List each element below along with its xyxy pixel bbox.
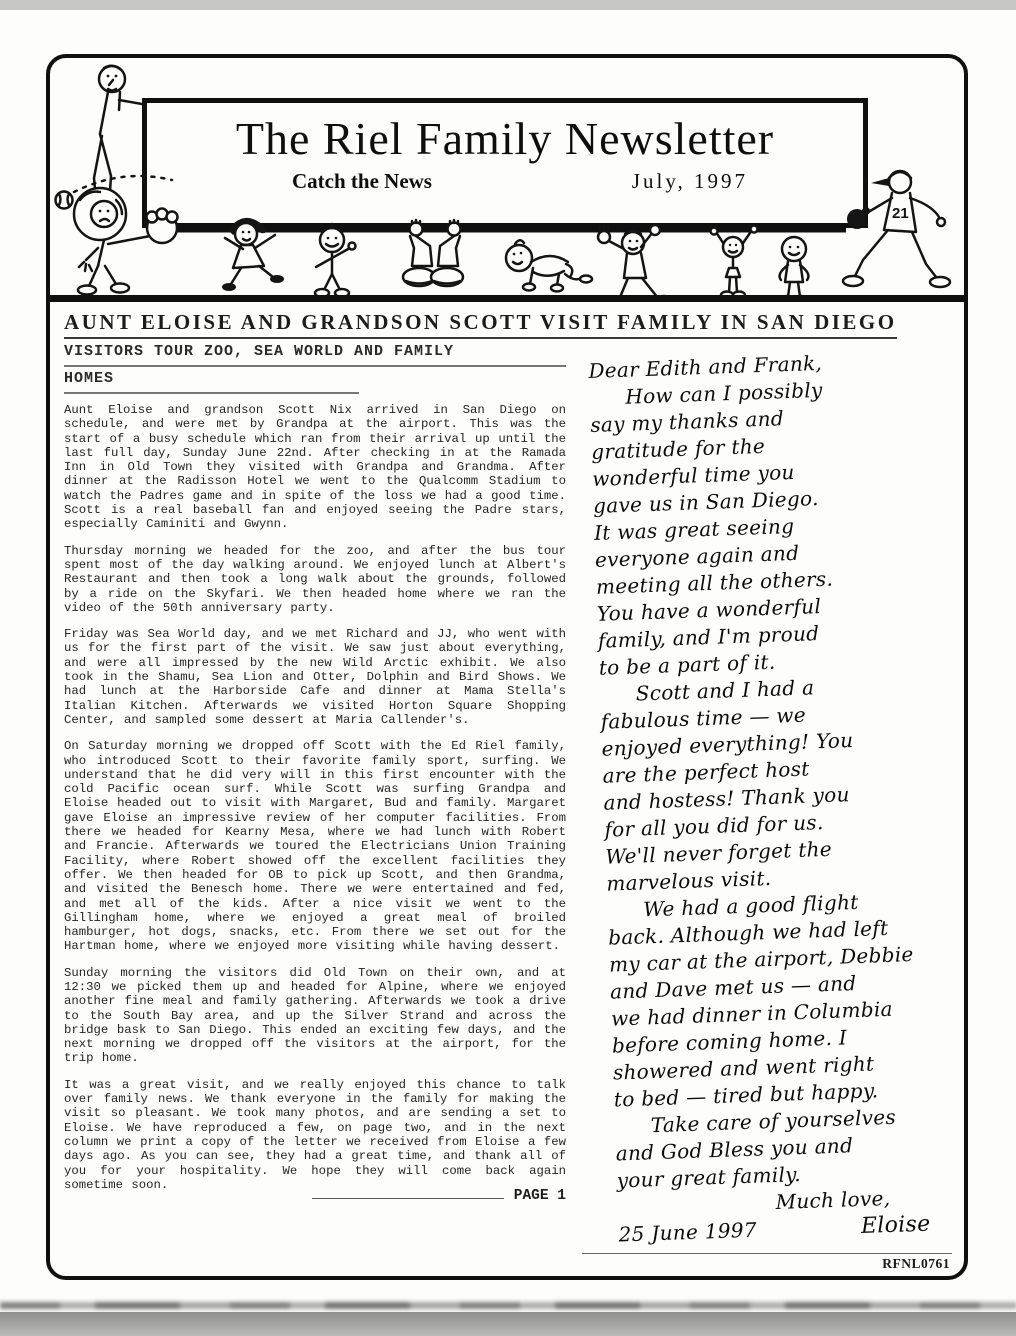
tagline: Catch the News xyxy=(292,169,432,194)
scan-edge-bottom xyxy=(0,1312,1016,1336)
article-paragraph: Thursday morning we headed for the zoo, … xyxy=(64,544,566,615)
article-paragraph: Aunt Eloise and grandson Scott Nix arriv… xyxy=(64,403,566,532)
handwritten-letter: Dear Edith and Frank, How can I possibly… xyxy=(588,345,968,1248)
scanned-newsletter-page: { "masthead": { "title": "The Riel Famil… xyxy=(0,0,1016,1336)
letter-column: Dear Edith and Frank, How can I possibly… xyxy=(582,342,952,1272)
letter-underline xyxy=(582,1253,952,1254)
article-paragraph: On Saturday morning we dropped off Scott… xyxy=(64,739,566,953)
newsletter-frame: The Riel Family Newsletter Catch the New… xyxy=(46,54,968,1280)
letter-date: 25 June 1997 xyxy=(618,1217,757,1249)
leaning-man-icon xyxy=(83,66,142,232)
document-code: RFNL0761 xyxy=(582,1256,952,1272)
scan-smudge-line xyxy=(0,1302,1016,1309)
headline-text: AUNT ELOISE AND GRANDSON SCOTT VISIT FAM… xyxy=(64,310,897,339)
article-paragraph: Friday was Sea World day, and we met Ric… xyxy=(64,627,566,727)
masthead: The Riel Family Newsletter Catch the New… xyxy=(50,58,964,302)
scan-edge-top xyxy=(0,0,1016,10)
title-sub-row: Catch the News July, 1997 xyxy=(147,165,863,194)
crawling-baby-icon xyxy=(506,240,592,291)
article-paragraph: Sunday morning the visitors did Old Town… xyxy=(64,966,566,1066)
running-girl-icon xyxy=(222,218,284,291)
body-columns: VISITORS TOUR ZOO, SEA WORLD AND FAMILY … xyxy=(50,336,964,1272)
letter-signature: Eloise xyxy=(861,1211,931,1240)
carrying-man-icon xyxy=(598,225,675,295)
page-rule-line xyxy=(312,1198,504,1199)
issue-date: July, 1997 xyxy=(632,169,748,194)
waving-boy-icon xyxy=(315,224,356,295)
newsletter-title: The Riel Family Newsletter xyxy=(147,113,863,165)
jersey-number: 21 xyxy=(892,205,909,222)
hanging-kid-icon xyxy=(403,220,463,286)
title-box: The Riel Family Newsletter Catch the New… xyxy=(142,98,868,228)
subheadline-line1: VISITORS TOUR ZOO, SEA WORLD AND FAMILY xyxy=(64,342,566,367)
standing-boy-icon xyxy=(779,237,809,295)
article-column: VISITORS TOUR ZOO, SEA WORLD AND FAMILY … xyxy=(64,342,566,1272)
page-number-label: PAGE 1 xyxy=(514,1188,566,1204)
subheadline: VISITORS TOUR ZOO, SEA WORLD AND FAMILY … xyxy=(64,342,566,394)
headline: AUNT ELOISE AND GRANDSON SCOTT VISIT FAM… xyxy=(50,302,964,336)
cheering-girl-icon xyxy=(711,226,758,296)
subheadline-line2: HOMES xyxy=(64,369,359,394)
page-footer-row: PAGE 1 xyxy=(312,1190,566,1204)
article-paragraph: It was a great visit, and we really enjo… xyxy=(64,1078,566,1192)
